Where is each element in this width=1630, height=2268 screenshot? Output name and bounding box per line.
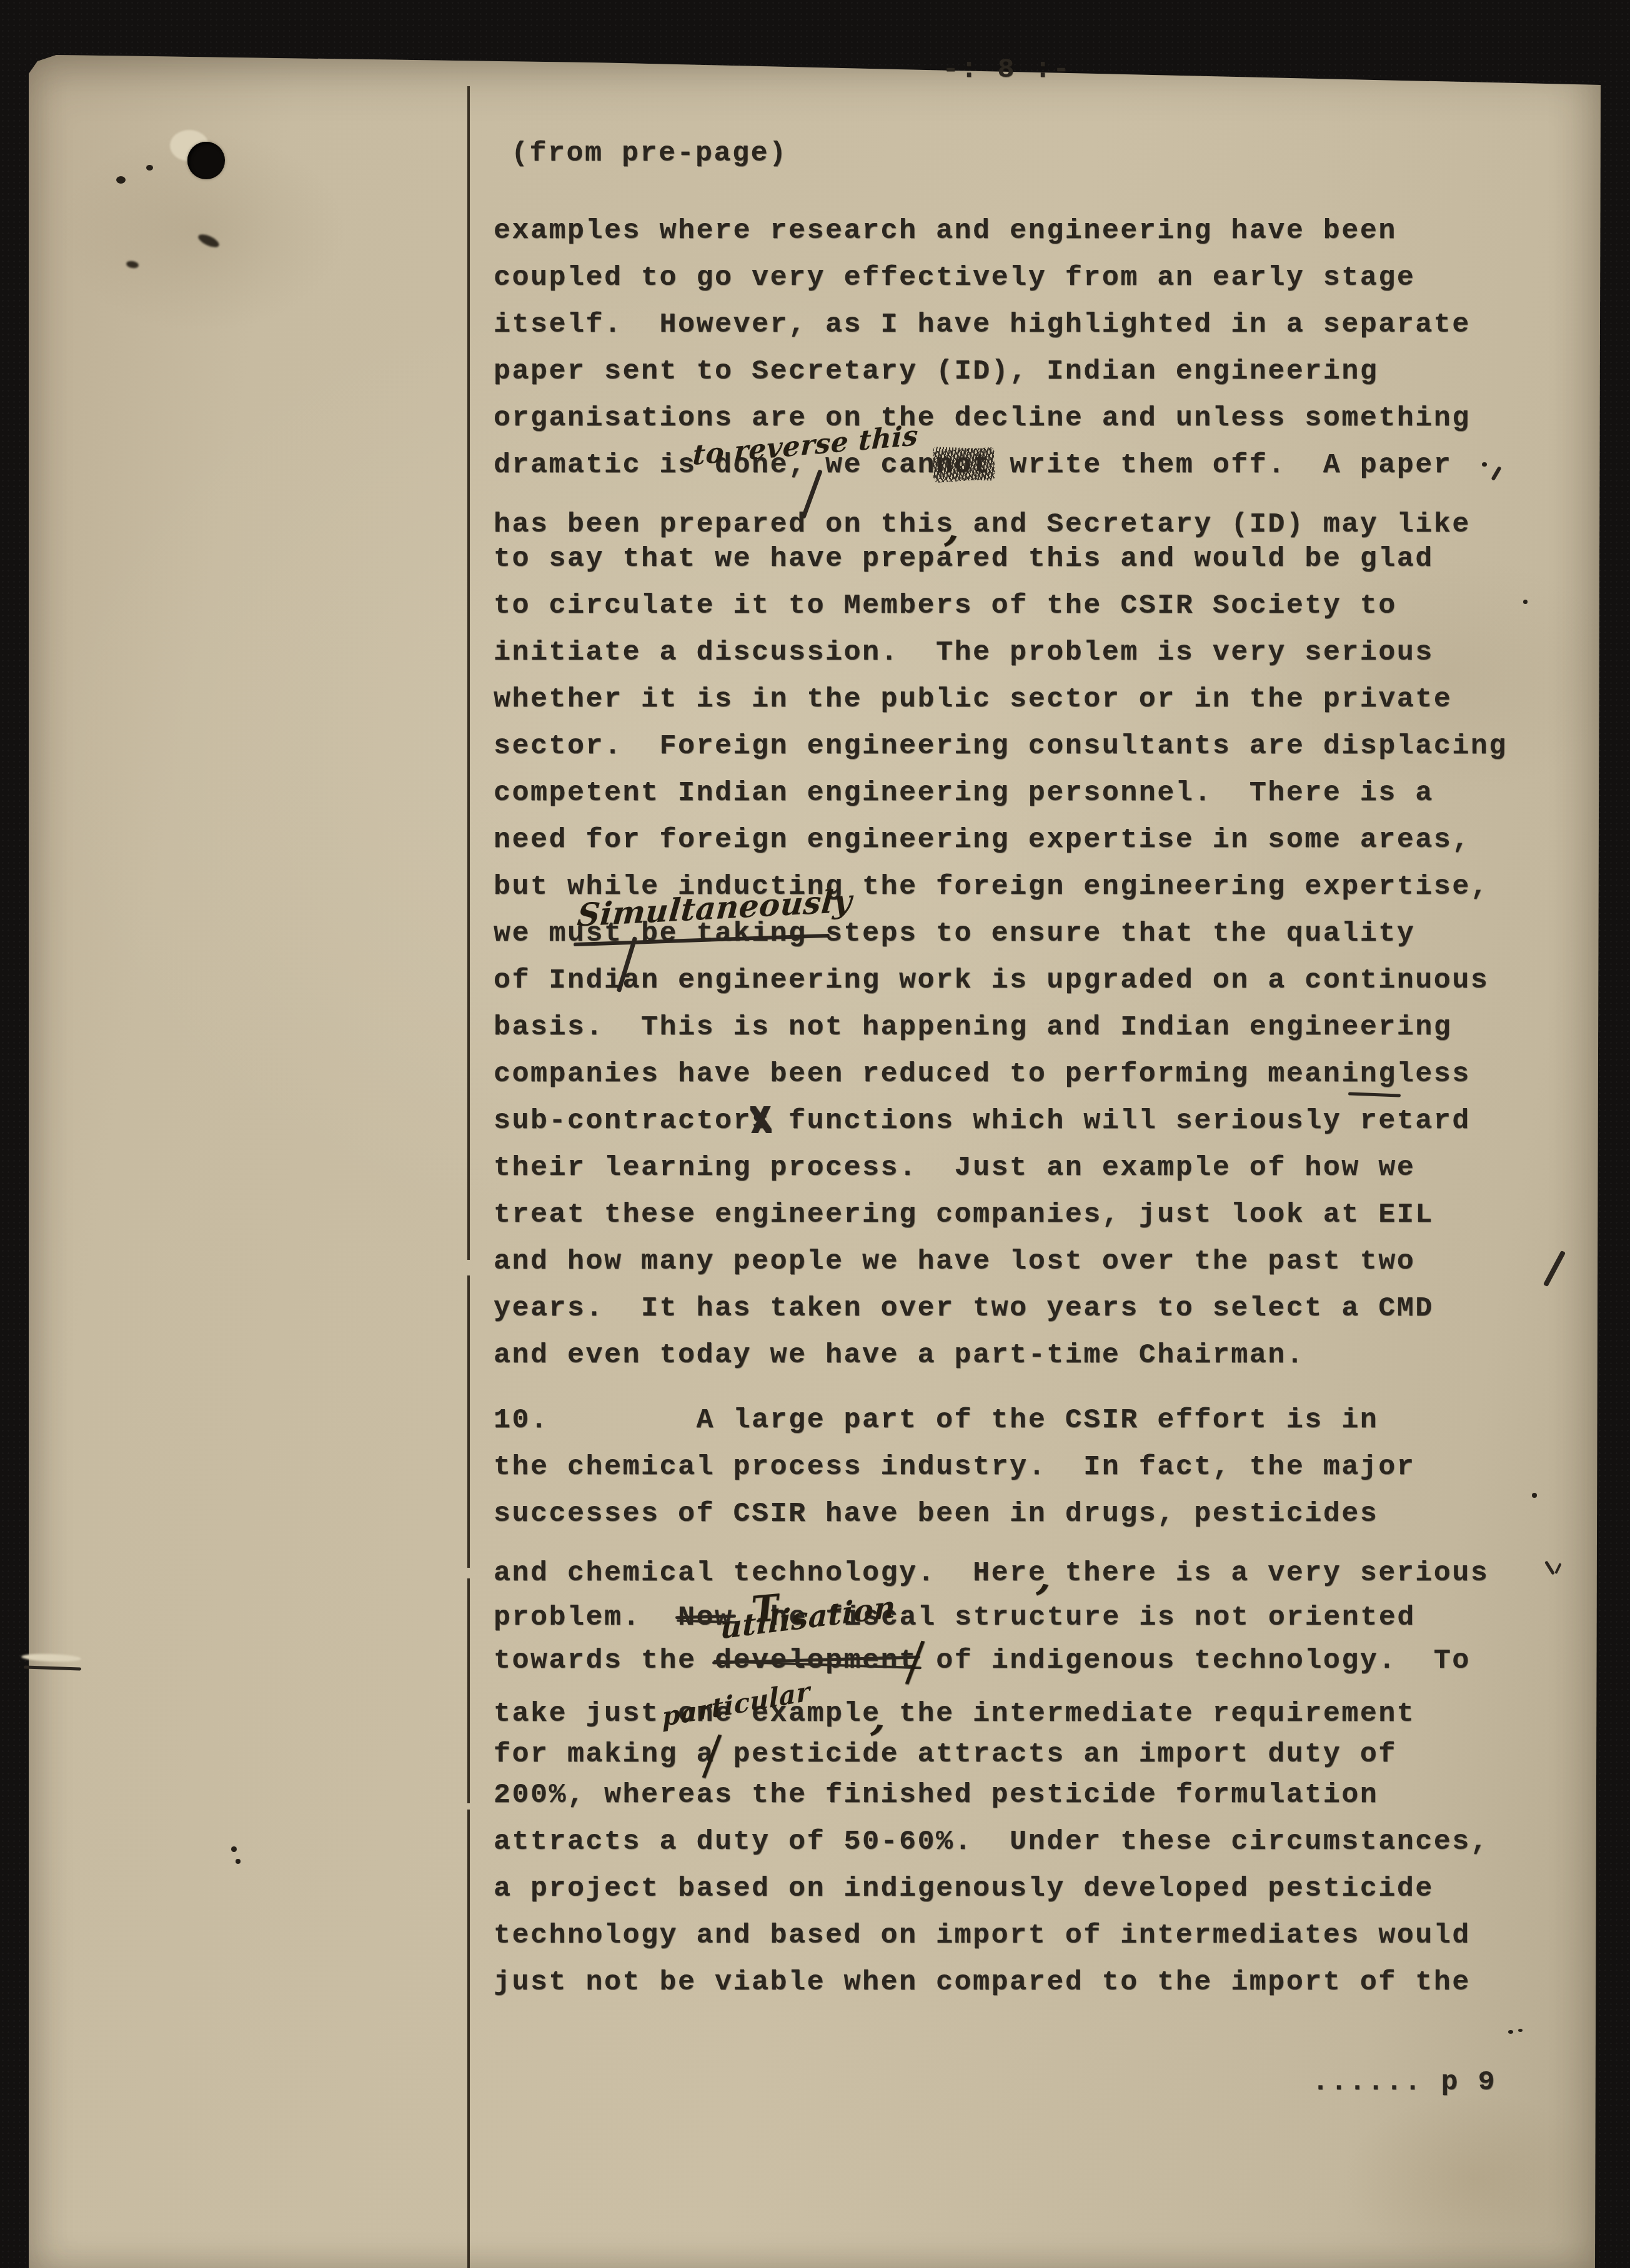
typed-line-p1-18: basis. This is not happening and Indian … <box>494 1011 1452 1044</box>
typed-text: functions which will seriously retard <box>770 1105 1471 1137</box>
typed-text: treat these engineering companies, just … <box>494 1199 1434 1231</box>
typed-line-p1-21: their learning process. Just an example … <box>494 1152 1415 1184</box>
typed-line-p2-1: 10. A large part of the CSIR effort is i… <box>494 1404 1378 1437</box>
typed-text: whether it is in the public sector or in… <box>494 683 1452 715</box>
typed-text: and chemical technology. Here <box>494 1557 1046 1589</box>
typed-text: a project based on indigenously develope… <box>494 1873 1434 1904</box>
typed-line-p2-11: a project based on indigenously develope… <box>494 1873 1434 1905</box>
margin-rule-line <box>467 86 470 2268</box>
typed-line-p1-13: competent Indian engineering personnel. … <box>494 777 1434 810</box>
typed-text: their learning process. Just an example … <box>494 1152 1415 1184</box>
typed-line-p1-5: organisations are on the decline and unl… <box>494 402 1471 435</box>
typed-text: of indigenous technology. To <box>918 1645 1471 1676</box>
typed-text: sector. Foreign engineering consultants … <box>494 730 1508 762</box>
typed-text: attracts a duty of 50-60%. Under these c… <box>494 1826 1489 1858</box>
typed-line-p1-9: to circulate it to Members of the CSIR S… <box>494 590 1397 622</box>
typed-text: just not be viable when compared to the … <box>494 1966 1471 1998</box>
paper-speck-6 <box>1523 600 1528 604</box>
typed-line-p1-23: and how many people we have lost over th… <box>494 1245 1415 1278</box>
page-footer-pagination: ...... p 9 <box>1312 2066 1496 2099</box>
page-number-header: -: 8 :- <box>942 54 1071 86</box>
typed-text: towards the <box>494 1645 715 1676</box>
typed-line-p1-11: whether it is in the public sector or in… <box>494 683 1452 716</box>
typed-line-p1-6: dramatic is done, we cannot write them o… <box>494 449 1452 482</box>
typed-line-p2-4: and chemical technology. Here, there is … <box>494 1545 1489 1590</box>
typed-text: companies have been reduced to performin… <box>494 1058 1471 1090</box>
typed-line-p1-25: and even today we have a part-time Chair… <box>494 1339 1304 1372</box>
pen-struck-word: development <box>715 1645 918 1676</box>
typed-line-p1-12: sector. Foreign engineering consultants … <box>494 730 1508 763</box>
typed-line-p2-9: 200%, whereas the finished pesticide for… <box>494 1779 1378 1811</box>
typed-text: 200%, whereas the finished pesticide for… <box>494 1779 1378 1811</box>
typed-text: pesticide attracts an import duty of <box>715 1738 1397 1770</box>
typed-line-p2-7: take just one example, the intermediate … <box>494 1685 1415 1730</box>
typed-text: to circulate it to Members of the CSIR S… <box>494 590 1397 621</box>
typed-line-p1-22: treat these engineering companies, just … <box>494 1199 1434 1231</box>
typed-line-p2-2: the chemical process industry. In fact, … <box>494 1451 1415 1483</box>
typed-line-p1-10: initiate a discussion. The problem is ve… <box>494 636 1434 669</box>
typed-line-p1-8: to say that we have prepared this and wo… <box>494 543 1434 575</box>
typed-line-p2-3: successes of CSIR have been in drugs, pe… <box>494 1498 1378 1530</box>
continuation-note: (from pre-page) <box>511 137 788 170</box>
typed-line-p1-17: of Indian engineering work is upgraded o… <box>494 964 1489 997</box>
typed-text: the chemical process industry. In fact, … <box>494 1451 1415 1483</box>
typed-text: coupled to go very effectively from an e… <box>494 262 1415 294</box>
paper-speck-4 <box>236 1859 241 1864</box>
typed-text: 10. A large part of the CSIR effort is i… <box>494 1404 1378 1436</box>
typed-line-p1-14: need for foreign engineering expertise i… <box>494 824 1471 856</box>
typed-line-p1-1: examples where research and engineering … <box>494 215 1397 247</box>
paper-speck-5 <box>1532 1493 1537 1498</box>
scanned-page: -: 8 :- (from pre-page) examples where r… <box>0 0 1630 2268</box>
typed-text: basis. This is not happening and Indian … <box>494 1011 1452 1043</box>
typed-text: sub-contractor <box>494 1105 752 1137</box>
typed-text: initiate a discussion. The problem is ve… <box>494 636 1434 668</box>
typed-text: there is a very serious <box>1046 1557 1489 1589</box>
paper-speck-2 <box>146 165 153 171</box>
typed-text: itself. However, as I have highlighted i… <box>494 309 1471 340</box>
typed-text: and how many people we have lost over th… <box>494 1245 1415 1277</box>
typed-text: and even today we have a part-time Chair… <box>494 1339 1304 1371</box>
typed-line-p2-8: for making a/ pesticide attracts an impo… <box>494 1732 1397 1771</box>
typed-text: has been prepared on this <box>494 508 955 540</box>
typed-line-p2-12: technology and based on import of interm… <box>494 1919 1471 1952</box>
typed-line-p2-6: towards the development/ of indigenous t… <box>494 1638 1471 1677</box>
pen-dot-top-right <box>1482 462 1487 467</box>
typed-text: successes of CSIR have been in drugs, pe… <box>494 1498 1378 1530</box>
scribbled-out-word: not <box>936 449 991 481</box>
typed-text: of Indian engineering work is upgraded o… <box>494 964 1489 996</box>
typed-line-p1-2: coupled to go very effectively from an e… <box>494 262 1415 294</box>
paper-speck-3 <box>231 1846 237 1852</box>
paper-speck-7 <box>1508 2030 1513 2034</box>
typed-text: paper sent to Secretary (ID), Indian eng… <box>494 355 1378 387</box>
typed-line-p2-10: attracts a duty of 50-60%. Under these c… <box>494 1826 1489 1858</box>
paper-speck-1 <box>116 176 126 184</box>
typed-line-p1-20: sub-contractors functions which will ser… <box>494 1105 1471 1137</box>
typed-text: technology and based on import of interm… <box>494 1919 1471 1951</box>
typed-line-p1-3: itself. However, as I have highlighted i… <box>494 309 1471 341</box>
paper-speck-8 <box>1518 2029 1523 2032</box>
typed-text: problem. <box>494 1602 678 1633</box>
typed-text: to say that we have prepared this and wo… <box>494 543 1434 575</box>
typed-line-p2-5: problem. Now The fiscal structure is not… <box>494 1592 1416 1634</box>
overstruck-character: s <box>752 1105 770 1137</box>
typed-line-p2-13: just not be viable when compared to the … <box>494 1966 1471 1999</box>
hole-punch <box>187 142 225 179</box>
typed-text: need for foreign engineering expertise i… <box>494 824 1471 856</box>
typed-line-p1-7: has been prepared on this, and Secretary… <box>494 496 1471 541</box>
typed-text: organisations are on the decline and unl… <box>494 402 1471 434</box>
typed-text: write them off. A paper <box>991 449 1453 481</box>
typed-text: competent Indian engineering personnel. … <box>494 777 1434 809</box>
typed-text: examples where research and engineering … <box>494 215 1397 247</box>
typed-line-p1-19: companies have been reduced to performin… <box>494 1058 1471 1091</box>
typed-text: years. It has taken over two years to se… <box>494 1292 1434 1324</box>
typed-text: for making a <box>494 1738 715 1770</box>
typed-line-p1-24: years. It has taken over two years to se… <box>494 1292 1434 1325</box>
typed-text: the intermediate requirement <box>881 1698 1416 1730</box>
typed-line-p1-4: paper sent to Secretary (ID), Indian eng… <box>494 355 1378 388</box>
typed-text: and Secretary (ID) may like <box>955 508 1471 540</box>
